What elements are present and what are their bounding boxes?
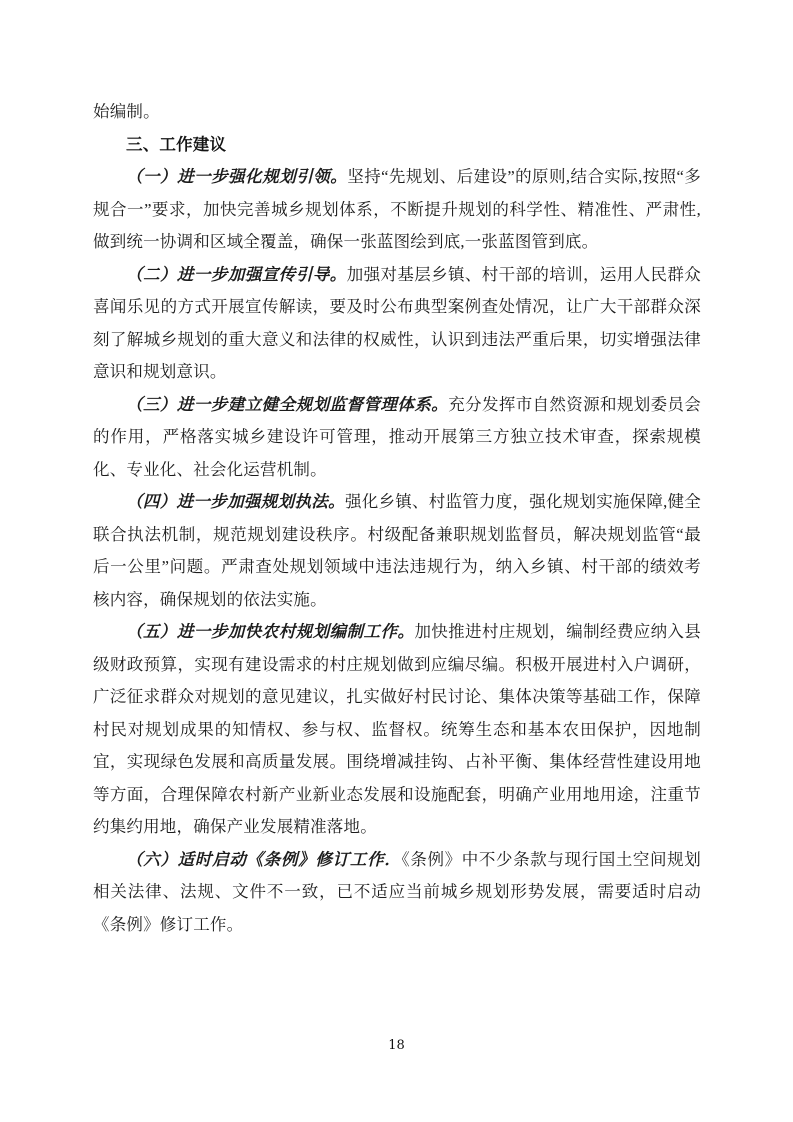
page-number: 18 (0, 1037, 793, 1055)
paragraph-4-lead: （四）进一步加强规划执法。 (126, 492, 345, 511)
document-page: 始编制。 三、工作建议 （一）进一步强化规划引领。坚持“先规划、后建设”的原则,… (0, 0, 793, 1122)
paragraph-6: （六）适时启动《条例》修订工作．《条例》中不少条款与现行国土空间规划相关法律、法… (93, 844, 701, 942)
paragraph-3: （三）进一步建立健全规划监督管理体系。充分发挥市自然资源和规划委员会的作用，严格… (93, 389, 701, 487)
paragraph-1: （一）进一步强化规划引领。坚持“先规划、后建设”的原则,结合实际,按照“多规合一… (93, 161, 701, 259)
paragraph-5-lead: （五）进一步加快农村规划编制工作。 (126, 622, 414, 641)
paragraph-4: （四）进一步加强规划执法。强化乡镇、村监管力度，强化规划实施保障,健全联合执法机… (93, 486, 701, 616)
continuation-text: 始编制。 (93, 96, 701, 129)
paragraph-5-body: 加快推进村庄规划，编制经费应纳入县级财政预算，实现有建设需求的村庄规划做到应编尽… (93, 622, 701, 836)
document-body: 始编制。 三、工作建议 （一）进一步强化规划引领。坚持“先规划、后建设”的原则,… (93, 96, 701, 941)
paragraph-3-lead: （三）进一步建立健全规划监督管理体系。 (126, 395, 448, 414)
paragraph-2: （二）进一步加强宣传引导。加强对基层乡镇、村干部的培训，运用人民群众喜闻乐见的方… (93, 259, 701, 389)
paragraph-6-lead: （六）适时启动《条例》修订工作． (126, 850, 402, 869)
paragraph-5: （五）进一步加快农村规划编制工作。加快推进村庄规划，编制经费应纳入县级财政预算，… (93, 616, 701, 844)
paragraph-1-lead: （一）进一步强化规划引领。 (126, 167, 347, 186)
section-heading: 三、工作建议 (93, 129, 701, 162)
paragraph-2-lead: （二）进一步加强宣传引导。 (126, 265, 347, 284)
